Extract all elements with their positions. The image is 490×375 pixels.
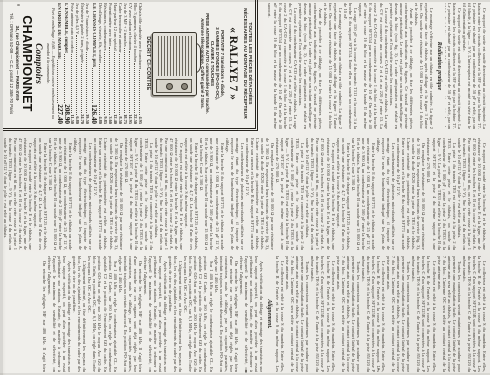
price-row-label: L'ENSEMBLE, complet [63,3,68,53]
body-text-paragraph: Toutes les connexions seront maintenues … [437,256,462,372]
price-row: Jeu de 3 MF + 2 transfos18.75 [123,3,128,124]
body-text-paragraph: L'alignement terminé, on fixe définitive… [72,256,87,372]
price-row: Décolletage, visserie, fils, soudure4.80 [98,3,103,124]
price-row: Ébénisterie gainée 2 tons, poignée24.70 [80,3,85,124]
price-row-value: 4.80 [98,116,103,124]
dotted-leader [119,54,120,116]
column-right-bottom-text: Après vérification du câblage et montage… [42,256,264,372]
body-text-paragraph: Toutes les connexions seront maintenues … [285,256,310,372]
price-row: Résistances, condensateurs9.85 [103,3,108,124]
body-text-paragraph: La cosse 4 du condensateur CA-CO est rel… [358,3,388,129]
body-text-paragraph: Les condensateurs de plusieurs microfara… [73,138,93,250]
ad-feature-line: PORTATIF 7 transistors + diode, [220,3,225,124]
body-text-paragraph: Le collecteur est relié à la cosse S du … [275,256,285,372]
price-row-value: 39.50 [85,114,90,124]
price-row-label: CV avec cadran et boutons [128,3,133,50]
body-text-paragraph: La prise 1 du transfo TR3 est connectée … [426,138,456,250]
ink-speck [17,4,20,6]
price-row-value: 208.90 [63,104,70,124]
scanned-page-viewport: Ce support de sortie est soudé directeme… [0,0,490,375]
body-text-paragraph: Le collecteur est relié à la cosse S du … [361,256,386,372]
body-text-paragraph: Ce support est soudé entre la broche E e… [457,138,487,250]
body-text-paragraph: On remplace la résistance de 10 000 Ω pa… [245,138,275,250]
price-row-value: 11.50 [70,114,75,124]
dotted-leader [99,64,100,115]
price-row-value: 12.40 [113,114,118,124]
body-text-paragraph: On retouche les réglages MF sur 480 kHz.… [214,256,239,372]
body-text-paragraph: Ce support est soudé entre la broche E e… [154,138,184,250]
radio-speaker-grille [158,36,192,76]
body-text-paragraph: Le collecteur est relié à la cosse S du … [411,256,436,372]
body-text-paragraph: Ce support de sortie est soudé directeme… [462,3,487,129]
magazine-page: Ce support de sortie est soudé directeme… [0,0,490,375]
body-text-paragraph: Sur 1 400 kHz on règle le condensateur a… [183,256,213,372]
price-row-label: Prise antenne auto et cordon [70,3,75,53]
ad-price-list: Châssis tôle cadmiée avec fournitures4.9… [56,3,143,124]
ink-speck [245,370,247,373]
price-row: Potentiomètre avec inter3.60 [108,3,113,124]
body-text-paragraph: Avant de procéder à ce câblage, on fixe … [389,3,414,129]
column-right-top-text: Le collecteur est relié à la cosse S du … [275,256,487,372]
ad-photo-caption: DÉCRIT CI-CONTRE [145,3,151,124]
dotted-leader [81,64,82,113]
column-left-intro-text: Ce support de sortie est soudé directeme… [445,3,487,129]
store-address-line2: Tél. : ORNano 52-08 — C.C. postal 12 358… [9,3,14,124]
price-row-value: 22.50 [133,114,138,124]
body-text-paragraph: Sur 1 400 kHz on règle le condensateur a… [87,256,117,372]
dotted-leader [71,54,72,114]
subheading-alignement: Alignement. [267,256,273,372]
dotted-leader [114,52,115,113]
ad-feature-list: PORTATIF 7 transistors + diode,3 GAMMES … [200,3,225,124]
body-text-paragraph: On remplace la résistance de 10 000 Ω pa… [93,138,123,250]
price-row-label: Haut-parleur 12 cm spécial [113,3,118,51]
price-row-label: Châssis tôle cadmiée avec fournitures [138,3,143,69]
radio-knob [166,83,173,90]
article-column-left: Ce support de sortie est soudé directeme… [260,3,487,129]
price-row-label: Bloc 3 gammes, clavier 4 touches [133,3,138,62]
ad-feature-line: PRISE ANTENNE AUTO commandée par touche. [205,3,210,124]
price-row-value: 18.75 [123,114,128,124]
body-text-paragraph: Après vérification du câblage et montage… [47,256,72,372]
store-address-line1: 34, rue Championnet — PARIS-XVIII· [15,3,20,124]
body-text-paragraph: La prise 1 du transfo TR3 est connectée … [275,138,305,250]
dotted-leader [129,51,130,113]
dotted-leader [124,48,125,113]
body-text-paragraph: On retouche les réglages MF sur 480 kHz.… [118,256,143,372]
price-row-label: Résistances, condensateurs [103,3,108,51]
price-row-value: 4.95 [138,116,143,124]
scan-edge-shadow-left [0,0,490,2]
body-text-paragraph: La cosse 4 du condensateur CA-CO est rel… [268,3,298,129]
article-column-right: Le collecteur est relié à la cosse S du … [35,256,487,372]
body-text-paragraph: La prise 1 du transfo TR3 est connectée … [124,138,154,250]
price-row: EN ORDRE DE MARCHE227.40 [56,3,63,124]
price-row: CV avec cadran et boutons14.95 [128,3,133,124]
body-text-paragraph: Entre la broche E du support SFT71 et le… [48,138,73,250]
ad-title-rallye7: « RALLYE 7 » [227,3,240,124]
dotted-leader [76,35,77,115]
ad-header-line1: TOUTES LES PIÈCES DÉTACHÉES [247,3,252,124]
body-text-paragraph: Les condensateurs de plusieurs microfara… [225,138,245,250]
dotted-leader [57,60,58,103]
body-text-paragraph: Entre la broche E de chaque support SFT1… [184,138,199,250]
body-text-paragraph: La cage 150 pF va à la cosse 4 du transf… [343,3,358,129]
dotted-leader [64,54,65,103]
price-row-value: 227.40 [56,104,63,124]
dotted-leader [109,47,110,115]
body-text-paragraph: Entre la broche E du support SFT71 et le… [351,138,376,250]
column-left-body-text: Le montage s'effectue sur un châssis en … [268,3,434,129]
article-column-middle: Ce support est soudé entre la broche E e… [3,138,487,250]
price-row-label: Décolletage, visserie, fils, soudure [98,3,103,63]
body-text-paragraph: Entre la broche E de chaque support SFT1… [33,138,48,250]
ad-feature-line: 3 GAMMES D'ONDES (PO-GO-OC), [215,3,220,124]
price-row-label: Jeu de 7 transistors + diode [85,3,90,51]
price-row-value: 6.80 [75,116,80,124]
dotted-leader [134,63,135,113]
price-row: Prise antenne auto et cordon11.50 [70,3,75,124]
price-row: Jeu de piles 4,5 V6.80 [75,3,80,124]
price-row: LE CHASSIS COMPLET, prix126.40 [91,3,98,124]
body-text-paragraph: Toutes les connexions seront maintenues … [386,256,411,372]
body-text-paragraph: L'alignement terminé, on fixe définitive… [168,256,183,372]
body-text-paragraph: Ce support de sortie est soudé directeme… [445,3,462,129]
ink-speck [378,368,380,370]
scan-edge-shadow-bottom [0,0,3,375]
dotted-leader [86,52,87,113]
body-text-paragraph: Ce support est soudé entre la broche E e… [305,138,335,250]
body-text-paragraph: Le collecteur est relié à la cosse S du … [462,256,487,372]
price-row-label: Potentiomètre avec inter [108,3,113,46]
price-row-label: EN ORDRE DE MARCHE [56,3,61,59]
body-text-paragraph: Après vérification du câblage et montage… [143,256,168,372]
price-row-label: Cadre ferroxcube et antenne [118,3,123,53]
price-row: L'ENSEMBLE, complet208.90 [63,3,70,124]
price-row: Cadre ferroxcube et antenne8.50 [118,3,123,124]
body-text-paragraph: Le montage s'effectue sur un châssis en … [323,3,343,129]
store-name-script: Comptoirs [33,3,43,124]
price-row-value: 126.40 [91,104,98,124]
price-row-label: Jeu de 3 MF + 2 transfos [123,3,128,47]
body-text-paragraph: Le montage s'effectue sur un châssis en … [414,3,434,129]
price-row-label: Ébénisterie gainée 2 tons, poignée [80,3,85,63]
ad-shipping-note: Port et emballage : 8,60. — Expéditions … [45,3,54,124]
price-row: Châssis tôle cadmiée avec fournitures4.9… [138,3,143,124]
radio-knob [181,83,188,90]
price-row-label: Jeu de piles 4,5 V [75,3,80,34]
ad-header-line2: NÉCESSAIRES AU MONTAGE DU RÉCEPTEUR [241,3,246,124]
body-text-paragraph: Le collecteur est relié à la cosse S du … [310,256,335,372]
price-row-value: 8.50 [118,116,123,124]
price-row-value: 24.70 [80,114,85,124]
body-text-paragraph: Entre la broche E de chaque support SFT1… [336,138,351,250]
ad-feature-line: CLAVIER 4 TOUCHES [210,3,215,124]
dotted-leader [139,70,140,115]
price-row: Haut-parleur 12 cm spécial12.40 [113,3,118,124]
column-middle-body-text: Ce support est soudé entre la broche E e… [3,138,487,250]
body-text-paragraph: Après vérification du câblage et montage… [239,256,264,372]
advertisement-box: TOUTES LES PIÈCES DÉTACHÉES NÉCESSAIRES … [0,0,258,131]
body-text-paragraph: On retouche les réglages MF sur 480 kHz.… [42,256,47,372]
price-row-label: LE CHASSIS COMPLET, prix [91,3,96,67]
body-text-paragraph: Ce support est soudé entre la broche E e… [3,138,33,250]
price-row-value: 9.85 [103,116,108,124]
dotted-leader [104,52,105,116]
subheading-realisation-pratique: Réalisation pratique [437,3,443,129]
body-text-paragraph: Avant de procéder à ce câblage, on fixe … [298,3,323,129]
radio-illustration [152,32,197,96]
price-row-value: 3.60 [108,116,113,124]
body-text-paragraph: On remplace la résistance de 10 000 Ω pa… [396,138,426,250]
body-text-paragraph: Toutes les connexions seront maintenues … [336,256,361,372]
price-row-value: 14.95 [128,114,133,124]
body-text-paragraph: Entre la broche E du support SFT71 et le… [199,138,224,250]
store-name: CHAMPIONNET [21,3,34,124]
dotted-leader [92,68,93,103]
body-text-paragraph: Les condensateurs de plusieurs microfara… [376,138,396,250]
